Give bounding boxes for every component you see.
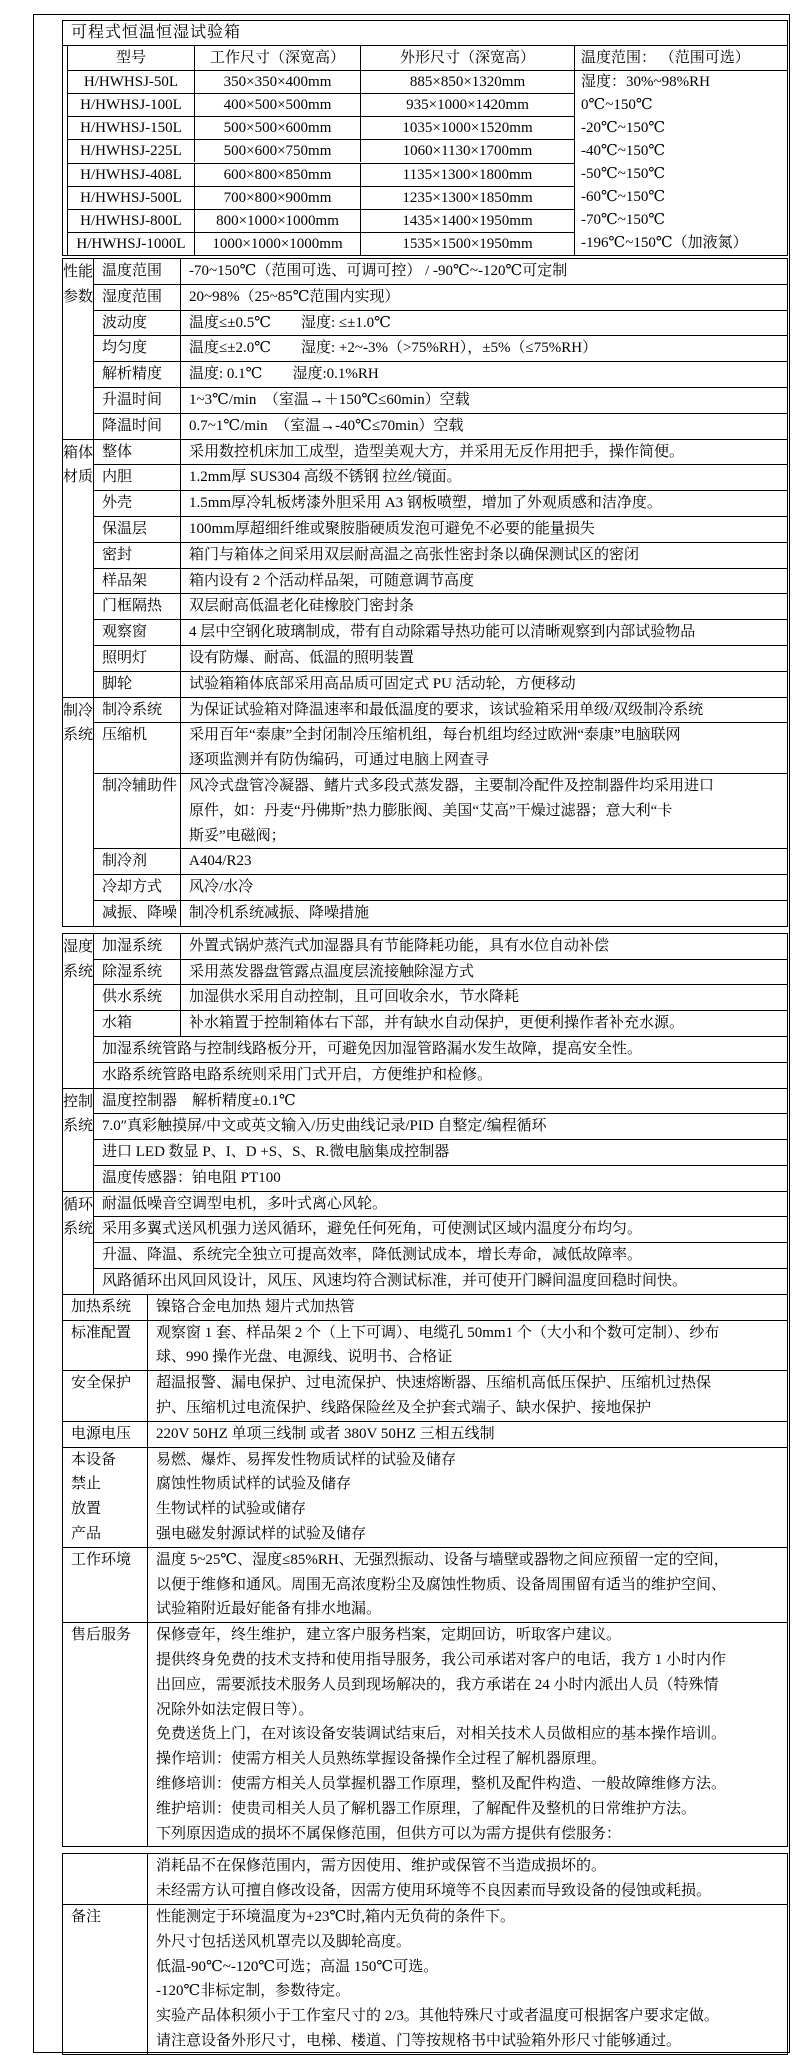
spec-row-label: 制冷系统 <box>94 698 181 723</box>
spec-row-text: 采用百年“泰康”全封闭制冷压缩机组，每台机组均经过欧洲“泰康”电脑联网 逐项监测… <box>181 723 787 773</box>
spec-row: 制冷辅助件风冷式盘管冷凝器、鳍片式多段式蒸发器，主要制冷配件及控制器件均采用进口… <box>94 773 787 848</box>
spec-row-text: 7.0″真彩触摸屏/中文或英文输入/历史曲线记录/PID 自整定/编程循环 <box>94 1114 787 1139</box>
model-dimension-cell: 600×800×850mm <box>194 163 360 186</box>
spec-row-text: 温度≤±0.5℃ 湿度: ≤±1.0℃ <box>181 311 787 336</box>
spec-row: 7.0″真彩触摸屏/中文或英文输入/历史曲线记录/PID 自整定/编程循环 <box>94 1113 787 1139</box>
model-dimension-cell: 1535×1500×1950mm <box>360 232 574 255</box>
spec-row-label: 门框隔热 <box>94 594 181 619</box>
spec-row: 解析精度温度: 0.1℃ 湿度:0.1%RH <box>94 361 787 387</box>
spec-row-label: 保温层 <box>94 517 181 542</box>
spec-row: 风路循环出风回风设计，风压、风速均符合测试标准，并可使开门瞬间温度回稳时间快。 <box>94 1268 787 1294</box>
spec-row: 除湿系统采用蒸发器盘管露点温度层流接触除湿方式 <box>94 959 787 985</box>
spec-row-text: 外置式锅炉蒸汽式加湿器具有节能降耗功能，具有水位自动补偿 <box>181 934 787 959</box>
spec-box: 性能参数温度范围-70~150℃（范围可选、可调可控） / -90℃~-120℃… <box>62 258 788 927</box>
spec-row-text: 温度传感器：铂电阻 PT100 <box>94 1166 787 1191</box>
model-table: 型号工作尺寸（深宽高）外形尺寸（深宽高）温度范围： （范围可选）H/HWHSJ-… <box>67 46 787 255</box>
spec-row-label: 标准配置 <box>63 1321 148 1371</box>
spec-row: 消耗品不在保修范围内，需方因使用、维护或保管不当造成损坏的。 未经需方认可擅自修… <box>63 1854 787 1904</box>
spec-row-label: 压缩机 <box>94 723 181 773</box>
spec-row-text: 易燃、爆炸、易挥发性物质试样的试验及储存 腐蚀性物质试样的试验及储存 生物试样的… <box>148 1448 787 1547</box>
model-col-header: 工作尺寸（深宽高） <box>194 46 360 70</box>
model-name-cell: H/HWHSJ-225L <box>68 139 194 162</box>
spec-row: 样品架箱内设有 2 个活动样品架，可随意调节高度 <box>94 568 787 594</box>
spec-row-text: 220V 50HZ 单项三线制 或者 380V 50HZ 三相五线制 <box>148 1422 787 1447</box>
spec-row: 供水系统加湿供水采用自动控制，且可回收余水，节水降耗 <box>94 984 787 1010</box>
spec-row-label: 波动度 <box>94 311 181 336</box>
spec-row-text: 0.7~1℃/min （室温→-40℃≤70min）空载 <box>181 414 787 439</box>
section-side-label: 性能参数 <box>63 259 94 439</box>
model-dimension-cell: 700×800×900mm <box>194 186 360 209</box>
model-dimension-cell: 500×600×750mm <box>194 139 360 162</box>
model-dimension-cell: 885×850×1320mm <box>360 70 574 93</box>
spec-row: 制冷系统为保证试验箱对降温速率和最低温度的要求，该试验箱采用单级/双级制冷系统 <box>94 698 787 723</box>
spec-row: 制冷剂A404/R23 <box>94 848 787 874</box>
model-dimension-cell: 1035×1000×1520mm <box>360 116 574 139</box>
spec-row-text: 箱内设有 2 个活动样品架，可随意调节高度 <box>181 569 787 594</box>
spec-row-text: 耐温低噪音空调型电机，多叶式离心风轮。 <box>94 1192 787 1217</box>
spec-row-text: 镍铬合金电加热 翅片式加热管 <box>148 1295 787 1320</box>
spec-row-label: 温度范围 <box>94 259 181 284</box>
spec-row-text: 性能测定于环境温度为+23℃时,箱内无负荷的条件下。 外尺寸包括送风机罩壳以及脚… <box>148 1905 787 2054</box>
section-side-label: 制冷系统 <box>63 698 94 926</box>
spec-row-label: 制冷剂 <box>94 849 181 874</box>
spec-row: 工作环境温度 5~25℃、湿度≤85%RH、无强烈振动、设备与墙壁或器物之间应预… <box>63 1547 787 1622</box>
model-dimension-cell: 935×1000×1420mm <box>360 93 574 116</box>
spec-row-text: 补水箱置于控制箱体右下部，并有缺水自动保护，更便利操作者补充水源。 <box>181 1011 787 1036</box>
spec-row-label: 工作环境 <box>63 1548 148 1622</box>
spec-row-label: 湿度范围 <box>94 285 181 310</box>
section-rows: 温度范围-70~150℃（范围可选、可调可控） / -90℃~-120℃可定制湿… <box>94 259 787 439</box>
model-dimension-cell: 1000×1000×1000mm <box>194 232 360 255</box>
spec-row: 门框隔热双层耐高低温老化硅橡胶门密封条 <box>94 593 787 619</box>
spec-row-text: 风路循环出风回风设计，风压、风速均符合测试标准，并可使开门瞬间温度回稳时间快。 <box>94 1269 787 1294</box>
spec-row-label: 样品架 <box>94 569 181 594</box>
spec-row-label: 加湿系统 <box>94 934 181 959</box>
section-side-label: 湿度系统 <box>63 934 94 1088</box>
spec-row: 温度传感器：铂电阻 PT100 <box>94 1165 787 1191</box>
spec-row-text: 制冷机系统减振、降噪措施 <box>181 901 787 926</box>
section-rows: 耐温低噪音空调型电机，多叶式离心风轮。采用多翼式送风机强力送风循环，避免任何死角… <box>94 1192 787 1294</box>
spec-row-label: 备注 <box>63 1905 148 2054</box>
spec-row: 冷却方式风冷/水冷 <box>94 874 787 900</box>
spec-row-text: 1.5mm厚冷轧板烤漆外胆采用 A3 钢板喷塑，增加了外观质感和洁净度。 <box>181 491 787 516</box>
spec-row-text: 进口 LED 数显 P、I、D +S、S、R.微电脑集成控制器 <box>94 1140 787 1165</box>
spec-row-text: 采用蒸发器盘管露点温度层流接触除湿方式 <box>181 960 787 985</box>
spec-box: 湿度系统加湿系统外置式锅炉蒸汽式加湿器具有节能降耗功能，具有水位自动补偿除湿系统… <box>62 933 788 1848</box>
spec-row: 水路系统管路电路系统则采用门式开启，方便维护和检修。 <box>94 1062 787 1088</box>
spec-row-text: 观察窗 1 套、样品架 2 个（上下可调）、电缆孔 50mm1 个（大小和个数可… <box>148 1321 787 1371</box>
spec-row: 升温、降温、系统完全独立可提高效率，降低测试成本，增长寿命，减低故障率。 <box>94 1242 787 1268</box>
spec-row-text: 1~3℃/min （室温→＋150℃≤60min）空载 <box>181 388 787 413</box>
spec-row: 升温时间1~3℃/min （室温→＋150℃≤60min）空载 <box>94 387 787 413</box>
model-dimension-cell: 400×500×500mm <box>194 93 360 116</box>
spec-row-text: 温度控制器 解析精度±0.1℃ <box>94 1089 787 1114</box>
spec-section: 消耗品不在保修范围内，需方因使用、维护或保管不当造成损坏的。 未经需方认可擅自修… <box>63 1854 787 2053</box>
spec-row-text: 设有防爆、耐高、低温的照明装置 <box>181 646 787 671</box>
spec-row: 均匀度温度≤±2.0℃ 湿度: +2~-3%（>75%RH），±5%（≤75%R… <box>94 335 787 361</box>
spec-row: 保温层100mm厚超细纤维或聚胺脂硬质发泡可避免不必要的能量损失 <box>94 516 787 542</box>
spec-row-text: 加湿系统管路与控制线路板分开，可避免因加湿管路漏水发生故障，提高安全性。 <box>94 1037 787 1062</box>
section-rows: 制冷系统为保证试验箱对降温速率和最低温度的要求，该试验箱采用单级/双级制冷系统压… <box>94 698 787 926</box>
spec-row: 耐温低噪音空调型电机，多叶式离心风轮。 <box>94 1192 787 1217</box>
spec-row-text: 双层耐高低温老化硅橡胶门密封条 <box>181 594 787 619</box>
model-name-cell: H/HWHSJ-1000L <box>68 232 194 255</box>
spec-row: 湿度范围20~98%（25~85℃范围内实现） <box>94 284 787 310</box>
spec-row-label <box>63 1854 148 1904</box>
spec-row-text: -70~150℃（范围可选、可调可控） / -90℃~-120℃可定制 <box>181 259 787 284</box>
spec-row-text: 1.2mm厚 SUS304 高级不锈钢 拉丝/镜面。 <box>181 465 787 490</box>
spec-row-label: 均匀度 <box>94 336 181 361</box>
section-rows: 加湿系统外置式锅炉蒸汽式加湿器具有节能降耗功能，具有水位自动补偿除湿系统采用蒸发… <box>94 934 787 1088</box>
spec-section: 箱体材质整体采用数控机床加工成型，造型美观大方，并采用无反作用把手，操作简便。内… <box>63 439 787 697</box>
spec-section: 性能参数温度范围-70~150℃（范围可选、可调可控） / -90℃~-120℃… <box>63 259 787 439</box>
spec-row-text: 超温报警、漏电保护、过电流保护、快速熔断器、压缩机高低压保护、压缩机过热保 护、… <box>148 1371 787 1421</box>
page-title: 可程式恒温恒湿试验箱 <box>63 21 787 46</box>
model-dimension-cell: 1135×1300×1800mm <box>360 163 574 186</box>
model-name-cell: H/HWHSJ-408L <box>68 163 194 186</box>
spec-row-label: 电源电压 <box>63 1422 148 1447</box>
spec-row: 脚轮试验箱箱体底部采用高品质可固定式 PU 活动轮，方便移动 <box>94 671 787 697</box>
section-side-label: 箱体材质 <box>63 440 94 697</box>
spec-row: 温度范围-70~150℃（范围可选、可调可控） / -90℃~-120℃可定制 <box>94 259 787 284</box>
spec-row: 售后服务保修壹年，终生维护，建立客户服务档案，定期回访，听取客户建议。 提供终身… <box>63 1622 787 1846</box>
spec-row-label: 本设备 禁止 放置 产品 <box>63 1448 148 1547</box>
spec-row: 标准配置观察窗 1 套、样品架 2 个（上下可调）、电缆孔 50mm1 个（大小… <box>63 1320 787 1371</box>
title-and-model-table-box: 可程式恒温恒湿试验箱 型号工作尺寸（深宽高）外形尺寸（深宽高）温度范围： （范围… <box>62 20 788 256</box>
spec-row-text: 4 层中空钢化玻璃制成，带有自动除霜导热功能可以清晰观察到内部试验物品 <box>181 620 787 645</box>
spec-row: 本设备 禁止 放置 产品易燃、爆炸、易挥发性物质试样的试验及储存 腐蚀性物质试样… <box>63 1447 787 1547</box>
spec-row-label: 水箱 <box>94 1011 181 1036</box>
spec-section: 控制系统温度控制器 解析精度±0.1℃7.0″真彩触摸屏/中文或英文输入/历史曲… <box>63 1088 787 1191</box>
spec-row: 水箱补水箱置于控制箱体右下部，并有缺水自动保护，更便利操作者补充水源。 <box>94 1010 787 1036</box>
spec-row-label: 冷却方式 <box>94 875 181 900</box>
spec-row-text: 试验箱箱体底部采用高品质可固定式 PU 活动轮，方便移动 <box>181 672 787 697</box>
spec-row: 加湿系统管路与控制线路板分开，可避免因加湿管路漏水发生故障，提高安全性。 <box>94 1036 787 1062</box>
spec-row: 加湿系统外置式锅炉蒸汽式加湿器具有节能降耗功能，具有水位自动补偿 <box>94 934 787 959</box>
spec-box: 消耗品不在保修范围内，需方因使用、维护或保管不当造成损坏的。 未经需方认可擅自修… <box>62 1853 788 2054</box>
spec-row: 照明灯设有防爆、耐高、低温的照明装置 <box>94 645 787 671</box>
spec-row-text: 采用数控机床加工成型，造型美观大方，并采用无反作用把手，操作简便。 <box>181 440 787 465</box>
spec-row-label: 照明灯 <box>94 646 181 671</box>
spec-row: 压缩机采用百年“泰康”全封闭制冷压缩机组，每台机组均经过欧洲“泰康”电脑联网 逐… <box>94 722 787 773</box>
section-rows: 整体采用数控机床加工成型，造型美观大方，并采用无反作用把手，操作简便。内胆1.2… <box>94 440 787 697</box>
spec-section: 加热系统镍铬合金电加热 翅片式加热管标准配置观察窗 1 套、样品架 2 个（上下… <box>63 1294 787 1847</box>
temp-range-options: 湿度：30%~98%RH 0℃~150℃ -20℃~150℃ -40℃~150℃… <box>574 70 787 255</box>
spec-row-label: 除湿系统 <box>94 960 181 985</box>
spec-row: 温度控制器 解析精度±0.1℃ <box>94 1089 787 1114</box>
spec-row: 减振、降噪制冷机系统减振、降噪措施 <box>94 900 787 926</box>
model-dimension-cell: 350×350×400mm <box>194 70 360 93</box>
spec-row-label: 制冷辅助件 <box>94 774 181 848</box>
model-col-header: 外形尺寸（深宽高） <box>360 46 574 70</box>
spec-row-label: 减振、降噪 <box>94 901 181 926</box>
spec-row: 波动度温度≤±0.5℃ 湿度: ≤±1.0℃ <box>94 310 787 336</box>
spec-row: 外壳1.5mm厚冷轧板烤漆外胆采用 A3 钢板喷塑，增加了外观质感和洁净度。 <box>94 490 787 516</box>
model-name-cell: H/HWHSJ-100L <box>68 93 194 116</box>
spec-row-text: 保修壹年，终生维护，建立客户服务档案，定期回访，听取客户建议。 提供终身免费的技… <box>148 1623 787 1846</box>
spec-row-text: 温度 5~25℃、湿度≤85%RH、无强烈振动、设备与墙壁或器物之间应预留一定的… <box>148 1548 787 1622</box>
spec-row: 内胆1.2mm厚 SUS304 高级不锈钢 拉丝/镜面。 <box>94 464 787 490</box>
model-name-cell: H/HWHSJ-150L <box>68 116 194 139</box>
section-side-label: 控制系统 <box>63 1089 94 1191</box>
spec-row-label: 供水系统 <box>94 985 181 1010</box>
spec-row-text: 消耗品不在保修范围内，需方因使用、维护或保管不当造成损坏的。 未经需方认可擅自修… <box>148 1854 787 1904</box>
spec-section: 循环系统耐温低噪音空调型电机，多叶式离心风轮。采用多翼式送风机强力送风循环，避免… <box>63 1191 787 1294</box>
spec-row: 观察窗4 层中空钢化玻璃制成，带有自动除霜导热功能可以清晰观察到内部试验物品 <box>94 619 787 645</box>
spec-row-label: 脚轮 <box>94 672 181 697</box>
section-rows: 温度控制器 解析精度±0.1℃7.0″真彩触摸屏/中文或英文输入/历史曲线记录/… <box>94 1089 787 1191</box>
spec-row: 电源电压220V 50HZ 单项三线制 或者 380V 50HZ 三相五线制 <box>63 1421 787 1447</box>
spec-row-text: 水路系统管路电路系统则采用门式开启，方便维护和检修。 <box>94 1063 787 1088</box>
spec-row-text: 箱门与箱体之间采用双层耐高温之高张性密封条以确保测试区的密闭 <box>181 543 787 568</box>
spec-row-text: 温度: 0.1℃ 湿度:0.1%RH <box>181 362 787 387</box>
spec-row-text: 加湿供水采用自动控制，且可回收余水，节水降耗 <box>181 985 787 1010</box>
model-name-cell: H/HWHSJ-50L <box>68 70 194 93</box>
spec-row-text: 风冷/水冷 <box>181 875 787 900</box>
page-frame: 可程式恒温恒湿试验箱 型号工作尺寸（深宽高）外形尺寸（深宽高）温度范围： （范围… <box>33 14 790 2053</box>
spec-row: 进口 LED 数显 P、I、D +S、S、R.微电脑集成控制器 <box>94 1139 787 1165</box>
spec-row-label: 整体 <box>94 440 181 465</box>
spec-row-label: 售后服务 <box>63 1623 148 1846</box>
spec-row: 采用多翼式送风机强力送风循环，避免任何死角，可使测试区域内温度分布均匀。 <box>94 1216 787 1242</box>
model-dimension-cell: 500×500×600mm <box>194 116 360 139</box>
spec-section: 制冷系统制冷系统为保证试验箱对降温速率和最低温度的要求，该试验箱采用单级/双级制… <box>63 697 787 926</box>
model-dimension-cell: 800×1000×1000mm <box>194 209 360 232</box>
spec-row-label: 外壳 <box>94 491 181 516</box>
model-dimension-cell: 1435×1400×1950mm <box>360 209 574 232</box>
spec-row: 备注性能测定于环境温度为+23℃时,箱内无负荷的条件下。 外尺寸包括送风机罩壳以… <box>63 1904 787 2054</box>
spec-boxes: 性能参数温度范围-70~150℃（范围可选、可调可控） / -90℃~-120℃… <box>62 258 788 2054</box>
spec-row-text: 温度≤±2.0℃ 湿度: +2~-3%（>75%RH），±5%（≤75%RH） <box>181 336 787 361</box>
spec-row-text: 采用多翼式送风机强力送风循环，避免任何死角，可使测试区域内温度分布均匀。 <box>94 1217 787 1242</box>
spec-row-label: 降温时间 <box>94 414 181 439</box>
spec-row-text: 升温、降温、系统完全独立可提高效率，降低测试成本，增长寿命，减低故障率。 <box>94 1243 787 1268</box>
spec-row-label: 内胆 <box>94 465 181 490</box>
spec-row-text: 风冷式盘管冷凝器、鳍片式多段式蒸发器，主要制冷配件及控制器件均采用进口 原件，如… <box>181 774 787 848</box>
model-dimension-cell: 1235×1300×1850mm <box>360 186 574 209</box>
spec-section: 湿度系统加湿系统外置式锅炉蒸汽式加湿器具有节能降耗功能，具有水位自动补偿除湿系统… <box>63 934 787 1088</box>
spec-row: 加热系统镍铬合金电加热 翅片式加热管 <box>63 1295 787 1320</box>
section-rows: 消耗品不在保修范围内，需方因使用、维护或保管不当造成损坏的。 未经需方认可擅自修… <box>63 1854 787 2053</box>
model-name-cell: H/HWHSJ-500L <box>68 186 194 209</box>
spec-row: 密封箱门与箱体之间采用双层耐高温之高张性密封条以确保测试区的密闭 <box>94 542 787 568</box>
spec-row-label: 解析精度 <box>94 362 181 387</box>
spec-row-label: 观察窗 <box>94 620 181 645</box>
spec-row-text: 为保证试验箱对降温速率和最低温度的要求，该试验箱采用单级/双级制冷系统 <box>181 698 787 723</box>
spec-row: 安全保护超温报警、漏电保护、过电流保护、快速熔断器、压缩机高低压保护、压缩机过热… <box>63 1370 787 1421</box>
spec-row-label: 安全保护 <box>63 1371 148 1421</box>
model-dimension-cell: 1060×1130×1700mm <box>360 139 574 162</box>
spec-row-text: 20~98%（25~85℃范围内实现） <box>181 285 787 310</box>
spec-row-label: 密封 <box>94 543 181 568</box>
spec-row-label: 升温时间 <box>94 388 181 413</box>
section-side-label: 循环系统 <box>63 1192 94 1294</box>
model-name-cell: H/HWHSJ-800L <box>68 209 194 232</box>
spec-row-label: 加热系统 <box>63 1295 148 1320</box>
spec-row-text: A404/R23 <box>181 849 787 874</box>
spec-row: 整体采用数控机床加工成型，造型美观大方，并采用无反作用把手，操作简便。 <box>94 440 787 465</box>
model-col-header: 型号 <box>68 46 194 70</box>
spec-row: 降温时间0.7~1℃/min （室温→-40℃≤70min）空载 <box>94 413 787 439</box>
spec-row-text: 100mm厚超细纤维或聚胺脂硬质发泡可避免不必要的能量损失 <box>181 517 787 542</box>
section-rows: 加热系统镍铬合金电加热 翅片式加热管标准配置观察窗 1 套、样品架 2 个（上下… <box>63 1295 787 1847</box>
temp-range-header: 温度范围： （范围可选） <box>574 46 787 70</box>
